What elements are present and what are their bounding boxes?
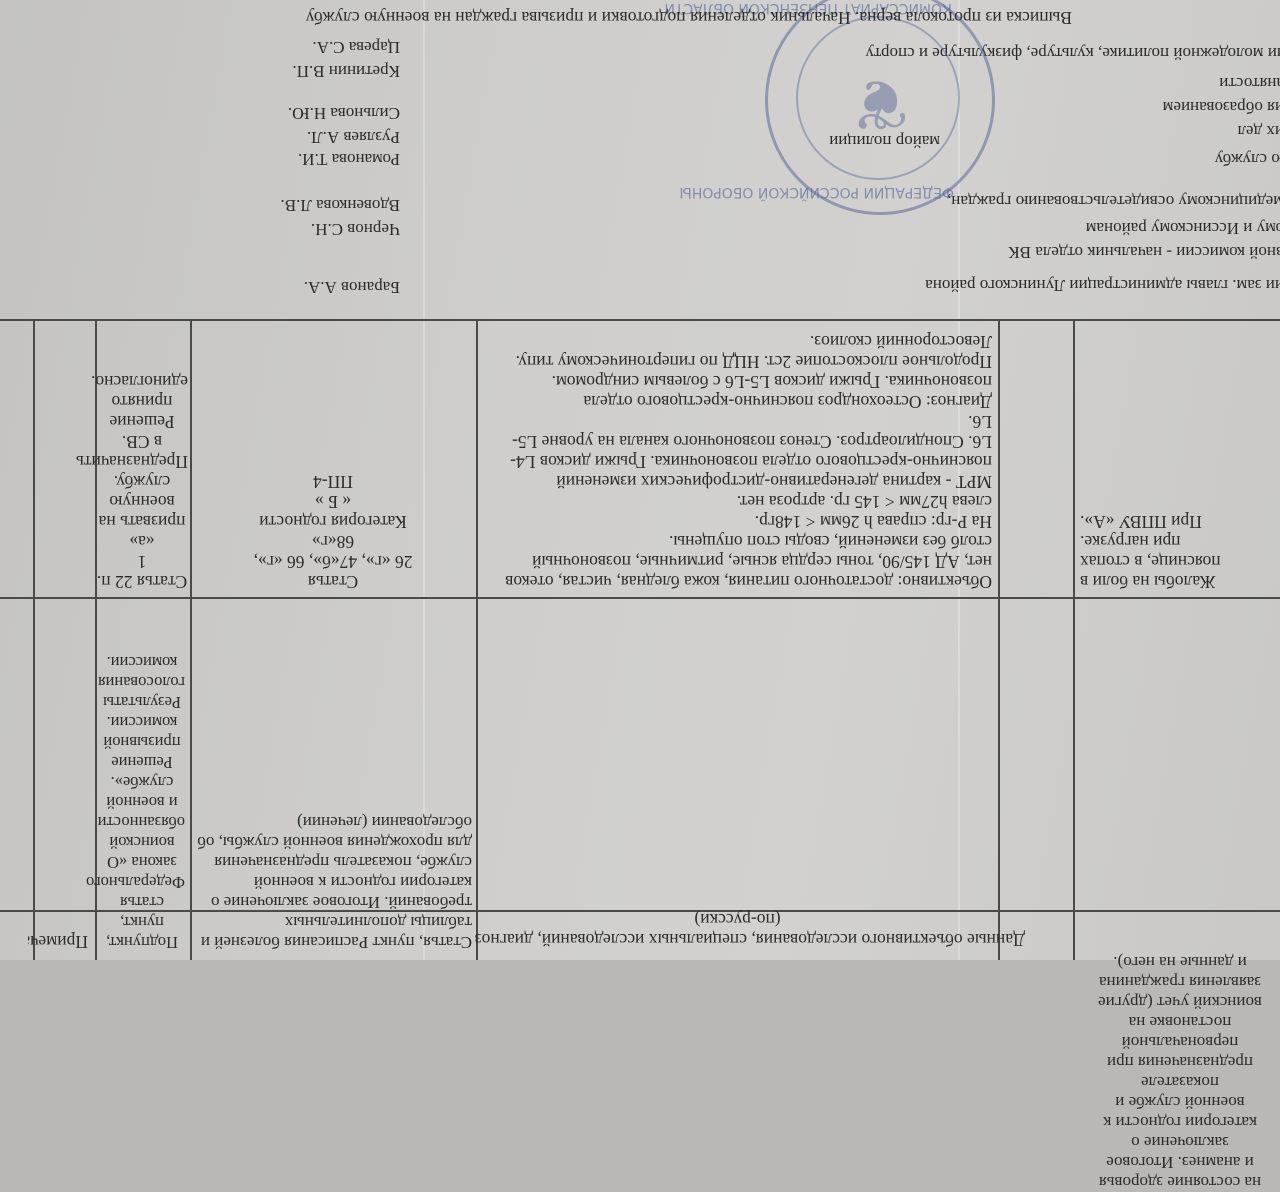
header-exam-subtitle: (по-русски) xyxy=(480,910,995,930)
article-line: « Б » xyxy=(194,492,472,512)
cell-article: Статья26 «г», 47«б», 66 «г»,68«г»Категор… xyxy=(194,472,472,592)
commission-member-name: Чернов С.Н. xyxy=(311,219,400,240)
exam-line: нет, АД 145/90, тоны сердца ясные, ритми… xyxy=(477,552,992,572)
col-divider xyxy=(33,319,35,960)
header-exam: Данные объективного исследования, специа… xyxy=(480,910,995,950)
exam-line: Диагноз: Остеохондроз пояснично-крестцов… xyxy=(477,392,992,412)
header-exam-title: Данные объективного исследования, специа… xyxy=(480,930,1025,950)
complaints-line: Жалобы на боли в xyxy=(1080,572,1280,592)
commission-role: ю службу xyxy=(1215,149,1280,170)
article-line: Категория годности xyxy=(194,512,472,532)
cell-exam: Объективно: достаточного питания, кожа б… xyxy=(477,332,992,592)
decision-line: военную xyxy=(96,492,188,512)
exam-line: МРТ - картина дегенеративно-дистрофическ… xyxy=(477,472,992,492)
exam-line: слева h27мм < 145 гр. артроза нет. xyxy=(477,492,992,512)
decision-line: Статья 22 п. 1 xyxy=(96,552,188,592)
commission-role: ии зам. главы администрации Лунинского р… xyxy=(925,275,1280,296)
commission-member-name: Баранов А.А. xyxy=(304,277,400,298)
exam-line: пояснично-крестцового отдела позвоночник… xyxy=(477,452,992,472)
header-article: Статья, пункт Расписания болезней и табл… xyxy=(197,812,472,952)
decision-line: в СВ. xyxy=(96,432,188,452)
commission-role: их дел xyxy=(1237,121,1280,142)
header-notes: Примеча xyxy=(28,932,88,952)
commission-role: ия образованием xyxy=(1163,97,1280,118)
decision-line: службу. xyxy=(96,472,188,492)
col-divider xyxy=(1073,319,1075,960)
exam-line: Левосторонний сколиоз. xyxy=(477,332,992,352)
complaints-line: пояснице, в стопах xyxy=(1080,552,1280,572)
article-line: Статья xyxy=(194,572,472,592)
exam-line: L6. xyxy=(477,412,992,432)
col-divider xyxy=(190,319,192,960)
document-sheet: Данные объективного исследования, специа… xyxy=(0,0,1280,960)
header-complaints: на состояние здоровьяи анамнез. Итоговое… xyxy=(1080,952,1280,960)
cell-decision: Статья 22 п. 1«а»призвать навоеннуюслужб… xyxy=(96,372,188,592)
decision-line: «а» xyxy=(96,532,188,552)
complaints-line: при нагрузке. xyxy=(1080,532,1280,552)
decision-line: призвать на xyxy=(96,512,188,532)
commission-member-name: Кретинин В.П. xyxy=(292,61,400,82)
commission-member-name: Рузляев А.Л. xyxy=(307,127,400,148)
official-stamp: ❦ ФЕДЕРАЦИИ РОССИЙСКОЙ ОБОРОНЫ КОМИССАРИ… xyxy=(765,0,995,215)
row-divider xyxy=(0,597,1280,599)
exam-line: На Р-гр: справа h 26мм < 148гр. xyxy=(477,512,992,532)
decision-line: принято xyxy=(96,392,188,412)
commission-role: медицинскому освидетельствованию граждан… xyxy=(947,191,1280,212)
exam-line: Объективно: достаточного питания, кожа б… xyxy=(477,572,992,592)
decision-line: единогласно. xyxy=(96,372,188,392)
decision-line: Предназначить xyxy=(96,452,188,472)
commission-role: ому и Иссинскому районам xyxy=(1086,218,1280,239)
article-line: 26 «г», 47«б», 66 «г», xyxy=(194,552,472,572)
exam-line: L6. Спондилоартроз. Стеноз позвоночного … xyxy=(477,432,992,452)
exam-line: столб без изменений, своды стоп опущены. xyxy=(477,532,992,552)
exam-line: Продольное плоскостопие 2ст. НЦД по гипе… xyxy=(477,352,992,372)
commission-member-name: Романова Т.И. xyxy=(298,149,400,170)
col-divider xyxy=(998,319,1000,960)
cell-complaints: Жалобы на боли впояснице, в стопахпри на… xyxy=(1080,512,1280,592)
commission-member-name: Вдовенкова Л.В. xyxy=(281,195,401,216)
commission-role: анятости xyxy=(1219,73,1280,94)
header-complaints-line: и данные на него). xyxy=(1080,952,1280,960)
header-decision: Подпункт, пункт, статья Федерального зак… xyxy=(99,652,185,952)
article-line: ПП-4 xyxy=(194,472,472,492)
certification-line: Выписка из протокола верна. Начальник от… xyxy=(306,7,1072,28)
medical-table: Данные объективного исследования, специа… xyxy=(0,318,1280,960)
decision-line: Решение xyxy=(96,412,188,432)
commission-member-name: Царева С.А. xyxy=(312,37,400,58)
commission-member-name: Сильнова Н.Ю. xyxy=(288,103,400,124)
table-bottom xyxy=(0,319,1280,321)
stamp-text: ФЕДЕРАЦИИ РОССИЙСКОЙ ОБОРОНЫ xyxy=(679,184,954,200)
commission-role: вной комиссии - начальник отдела ВК xyxy=(1008,242,1280,263)
complaints-line: При ППВУ «А». xyxy=(1080,512,1280,532)
exam-line: позвоночника. Грыжи дисков L5-L6 с болев… xyxy=(477,372,992,392)
article-line: 68«г» xyxy=(194,532,472,552)
coat-of-arms-icon: ❦ xyxy=(840,52,920,152)
